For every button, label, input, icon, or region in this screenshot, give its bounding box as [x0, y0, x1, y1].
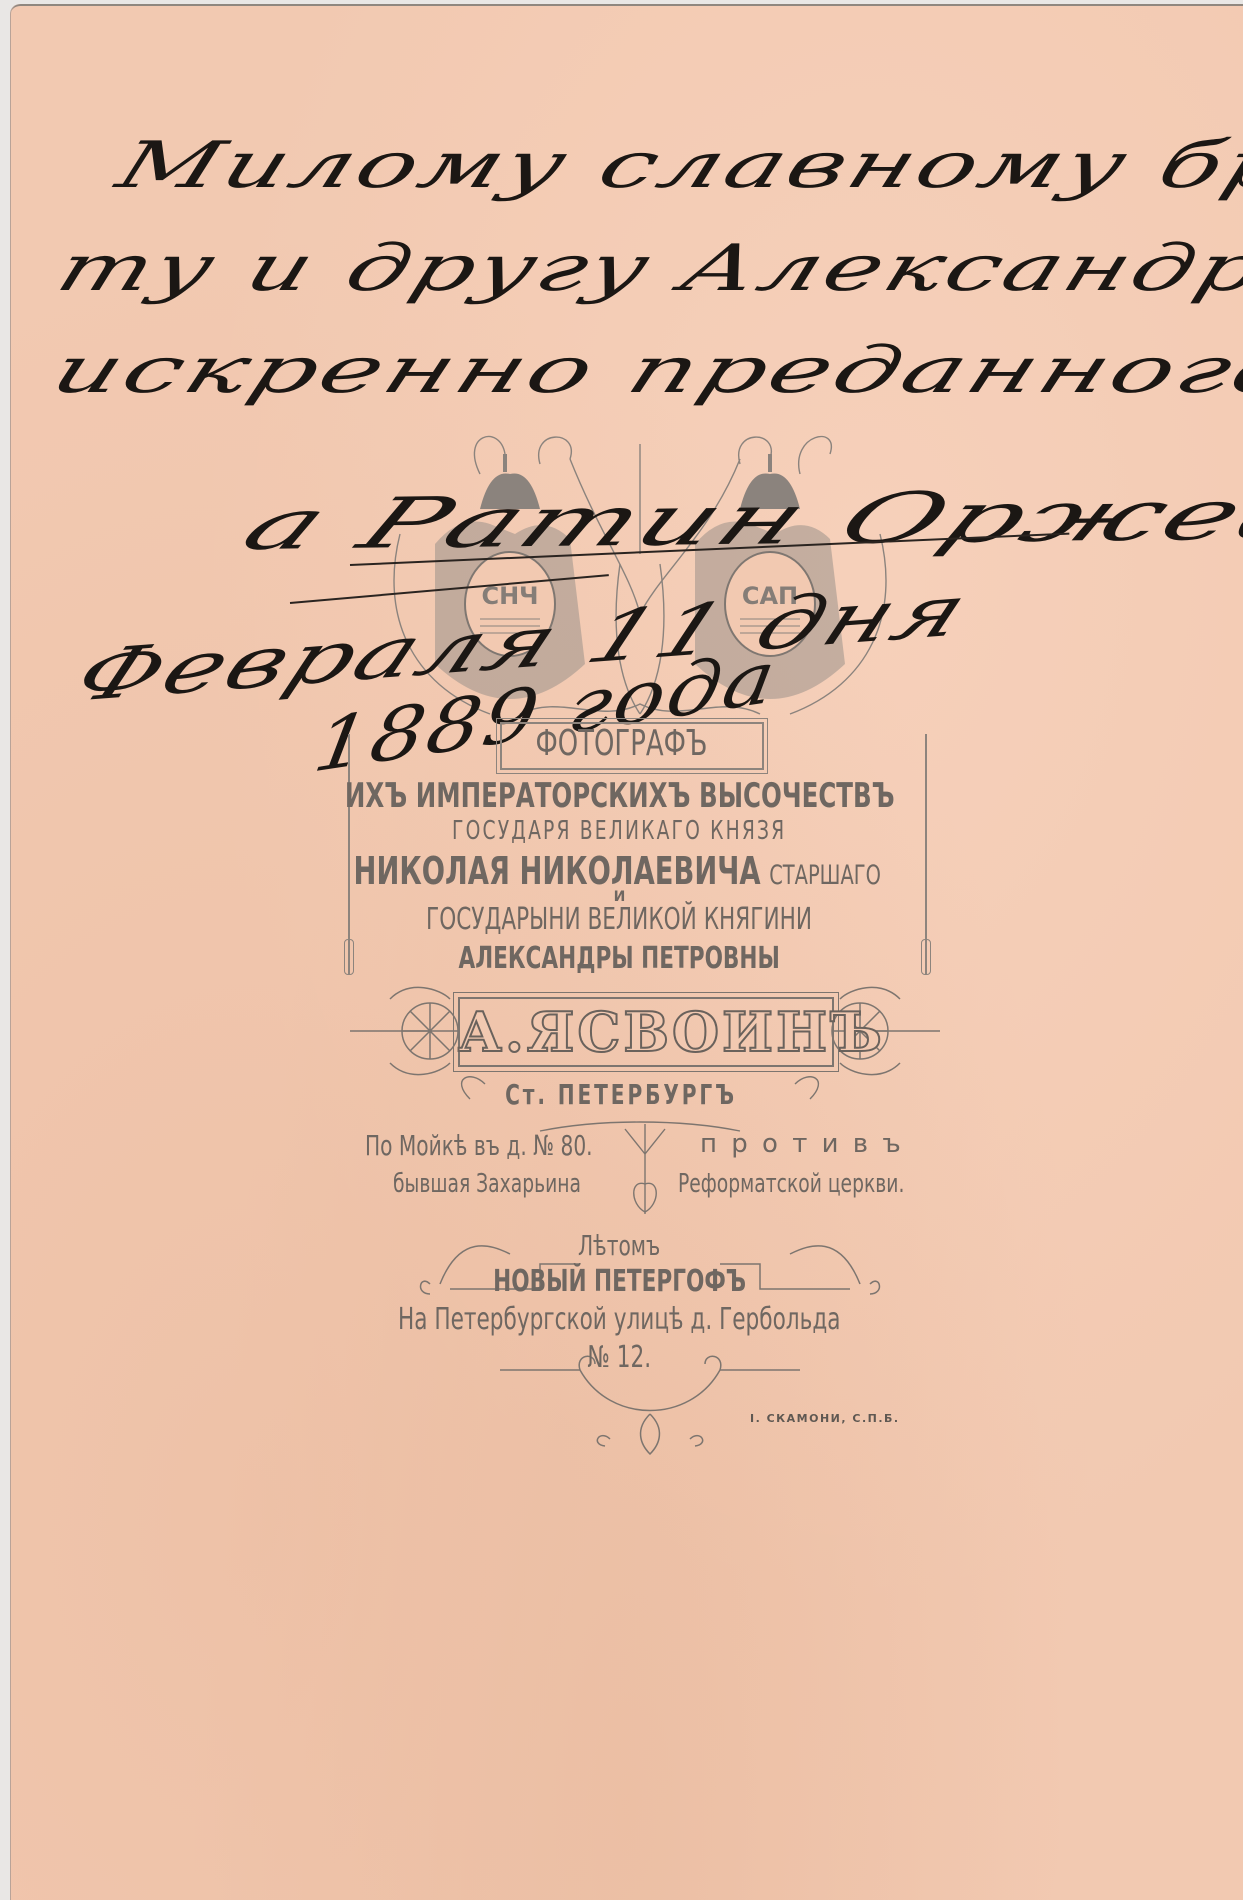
address-right-2: Реформатской церкви. — [678, 1169, 978, 1199]
summer-number: № 12. — [0, 1340, 1241, 1375]
summer-place: НОВЫЙ ПЕТЕРГОФЪ — [0, 1264, 1241, 1299]
imprint-line-6: АЛЕКСАНДРЫ ПЕТРОВНЫ — [0, 941, 1241, 976]
handwritten-line-1: Милому славному бра- — [108, 129, 1243, 203]
address-right-1: п р о т и в ъ — [700, 1129, 940, 1159]
handwritten-line-2: ту и другу Александру от — [48, 232, 1243, 306]
imprint-line-3: НИКОЛАЯ НИКОЛАЕВИЧА СТАРШАГО — [0, 849, 1239, 893]
imprint-line-3-main: НИКОЛАЯ НИКОЛАЕВИЧА — [354, 849, 761, 893]
handwritten-signature: а Ратин Оржев... — [229, 472, 1243, 566]
photo-card-back: Милому славному бра- ту и другу Александ… — [10, 4, 1243, 1900]
address-divider-ornament — [620, 1124, 670, 1219]
photographer-title: ФОТОГРАФЪ — [0, 722, 1243, 766]
city-name: Ст. ПЕТЕРБУРГЪ — [0, 1078, 1243, 1111]
imprint-line-5: ГОСУДАРЫНИ ВЕЛИКОЙ КНЯГИНИ — [0, 902, 1241, 937]
summer-label: Лѣтомъ — [0, 1229, 1241, 1262]
imprint-line-3-suffix: СТАРШАГО — [769, 860, 881, 891]
studio-name: А.ЯСВОИНЪ — [458, 997, 834, 1067]
imprint-line-1: ИХЪ ИМПЕРАТОРСКИХЪ ВЫСОЧЕСТВЪ — [0, 776, 1241, 816]
handwritten-line-3: искренно преданного ему — [42, 334, 1243, 408]
summer-address: На Петербургской улицѣ д. Гербольда — [0, 1302, 1241, 1337]
imprint-line-2: ГОСУДАРЯ ВЕЛИКАГО КНЯЗЯ — [0, 816, 1241, 846]
printer-credit: I. СКАМОНИ, С.П.Б. — [750, 1412, 950, 1425]
address-left-1: По Мойкѣ въ д. № 80. — [365, 1129, 655, 1162]
